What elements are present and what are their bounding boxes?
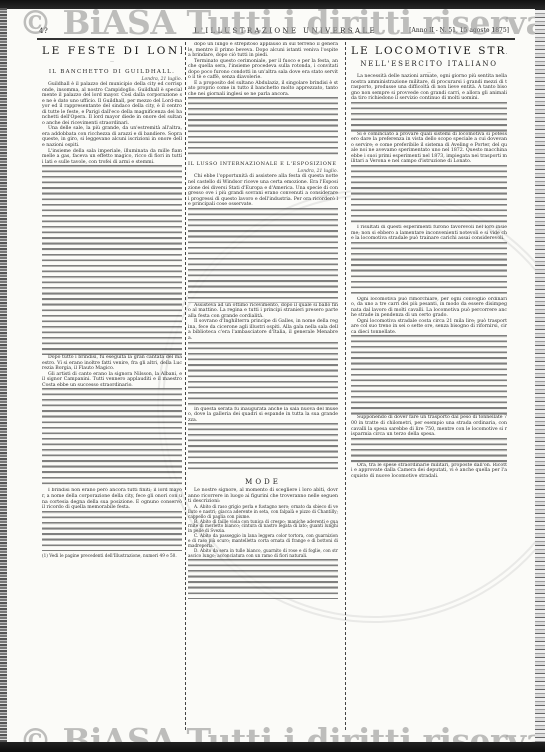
paragraph: I brindisi non erano però ancora tutti f… (42, 488, 182, 510)
paragraph: dopo un lungo e strepitoso applauso in s… (188, 42, 338, 59)
paragraph: Una delle sale, la più grande, da un'est… (42, 126, 182, 148)
paragraph: L'insieme della sala imperiale, illumina… (42, 149, 182, 166)
left-article-body: Guildhall è il palazzo del municipio del… (42, 82, 182, 551)
fashion-descriptions: A. Abito di raso grigio perla e fustagno… (188, 505, 338, 599)
text-lines (42, 511, 182, 551)
left-headline: LE FESTE DI LONDRA(1) (42, 45, 182, 57)
scan-border-left (0, 8, 7, 752)
paragraph: Terminato questo cerimoniale, per il fuo… (188, 59, 338, 81)
paragraph: Chi ebbe l'opportunità di assistere alla… (188, 174, 338, 207)
column-right: LE LOCOMOTIVE STRADALI NELL'ESERCITO ITA… (351, 42, 507, 732)
right-subhead: NELL'ESERCITO ITALIANO (351, 60, 507, 68)
paragraph: In questa serata fu inaugurata anche la … (188, 407, 338, 424)
text-lines (188, 97, 338, 157)
paragraph: Il sovrano d'Inghilterra principe di Gal… (188, 319, 338, 341)
paragraph: Ora, tra le spese straordinarie militari… (351, 463, 507, 480)
section-heading: IL LUSSO INTERNAZIONALE E L'ESPOSIZIONE … (188, 161, 338, 167)
column-divider (345, 42, 346, 732)
text-lines (351, 102, 507, 132)
paragraph: C. Abito da passeggio in lana leggera co… (188, 534, 338, 549)
fashion-body: Le nostre signore, al momento di sceglie… (188, 488, 338, 505)
copyright-watermark-bottom: © BiASA Tutti i diritti riservati (19, 721, 535, 742)
text-lines (351, 242, 507, 297)
section-body: Chi ebbe l'opportunità di assistere alla… (188, 174, 338, 473)
newspaper-page: 4? L'ILLUSTRAZIONE UNIVERSALE [Anno II -… (7, 9, 535, 742)
paragraph: Dopo tutto i brindisi, fu eseguita la gr… (42, 355, 182, 372)
middle-article-body: dopo un lungo e strepitoso applauso in s… (188, 42, 338, 157)
right-article-body: La necessità delle nazioni armate, ogni … (351, 74, 507, 479)
text-lines (42, 165, 182, 355)
scan-border-bottom (0, 742, 545, 752)
paragraph: D. Abito da sera in tulle bianco, guarni… (188, 549, 338, 559)
column-left: LE FESTE DI LONDRA(1) — IL BANCHETTO DI … (42, 42, 182, 732)
text-lines (351, 165, 507, 225)
paragraph: Supponendo di dover fare un trasporto da… (351, 415, 507, 437)
text-lines (188, 559, 338, 599)
paragraph: I risultati di questi esperimenti furono… (351, 225, 507, 242)
text-lines (42, 388, 182, 488)
text-lines (188, 342, 338, 407)
text-lines (351, 438, 507, 463)
paragraph: Le nostre signore, al momento di sceglie… (188, 488, 338, 505)
paragraph: Gli artisti di canto erano la signora Ni… (42, 372, 182, 389)
paragraph: Ogni locomotiva stradale costa circa 21 … (351, 319, 507, 336)
ornament-separator: — (42, 58, 182, 63)
column-divider (185, 42, 186, 732)
paragraph: B. Abito di faille viola con tunica di c… (188, 520, 338, 535)
text-lines (188, 208, 338, 303)
scan-border-right (535, 10, 545, 752)
paragraph: Assisteva ad un ottimo ricevimento, dopo… (188, 303, 338, 320)
paragraph: La necessità delle nazioni armate, ogni … (351, 74, 507, 102)
paragraph: Ogni locomotiva può rimorchiare, per ogn… (351, 297, 507, 319)
paragraph: Guildhall è il palazzo del municipio del… (42, 82, 182, 126)
right-headline: LE LOCOMOTIVE STRADALI (351, 45, 507, 57)
paragraph: A. Abito di raso grigio perla e fustagno… (188, 505, 338, 520)
copyright-watermark-top: © BiASA Tutti i diritti riservati (19, 9, 535, 42)
text-lines (188, 423, 338, 473)
left-subhead: IL BANCHETTO DI GUILDHALL. (42, 69, 182, 75)
paragraph: Si è cominciato a provare quali sistemi … (351, 132, 507, 165)
fashion-title: MODE (188, 478, 338, 486)
left-footnote: (1) Vedi le pagine precedenti dell'Illus… (42, 554, 182, 559)
column-middle: dopo un lungo e strepitoso applauso in s… (188, 42, 338, 732)
paragraph: E a proposito del sultano Abdulaziz, il … (188, 81, 338, 98)
text-lines (351, 335, 507, 415)
